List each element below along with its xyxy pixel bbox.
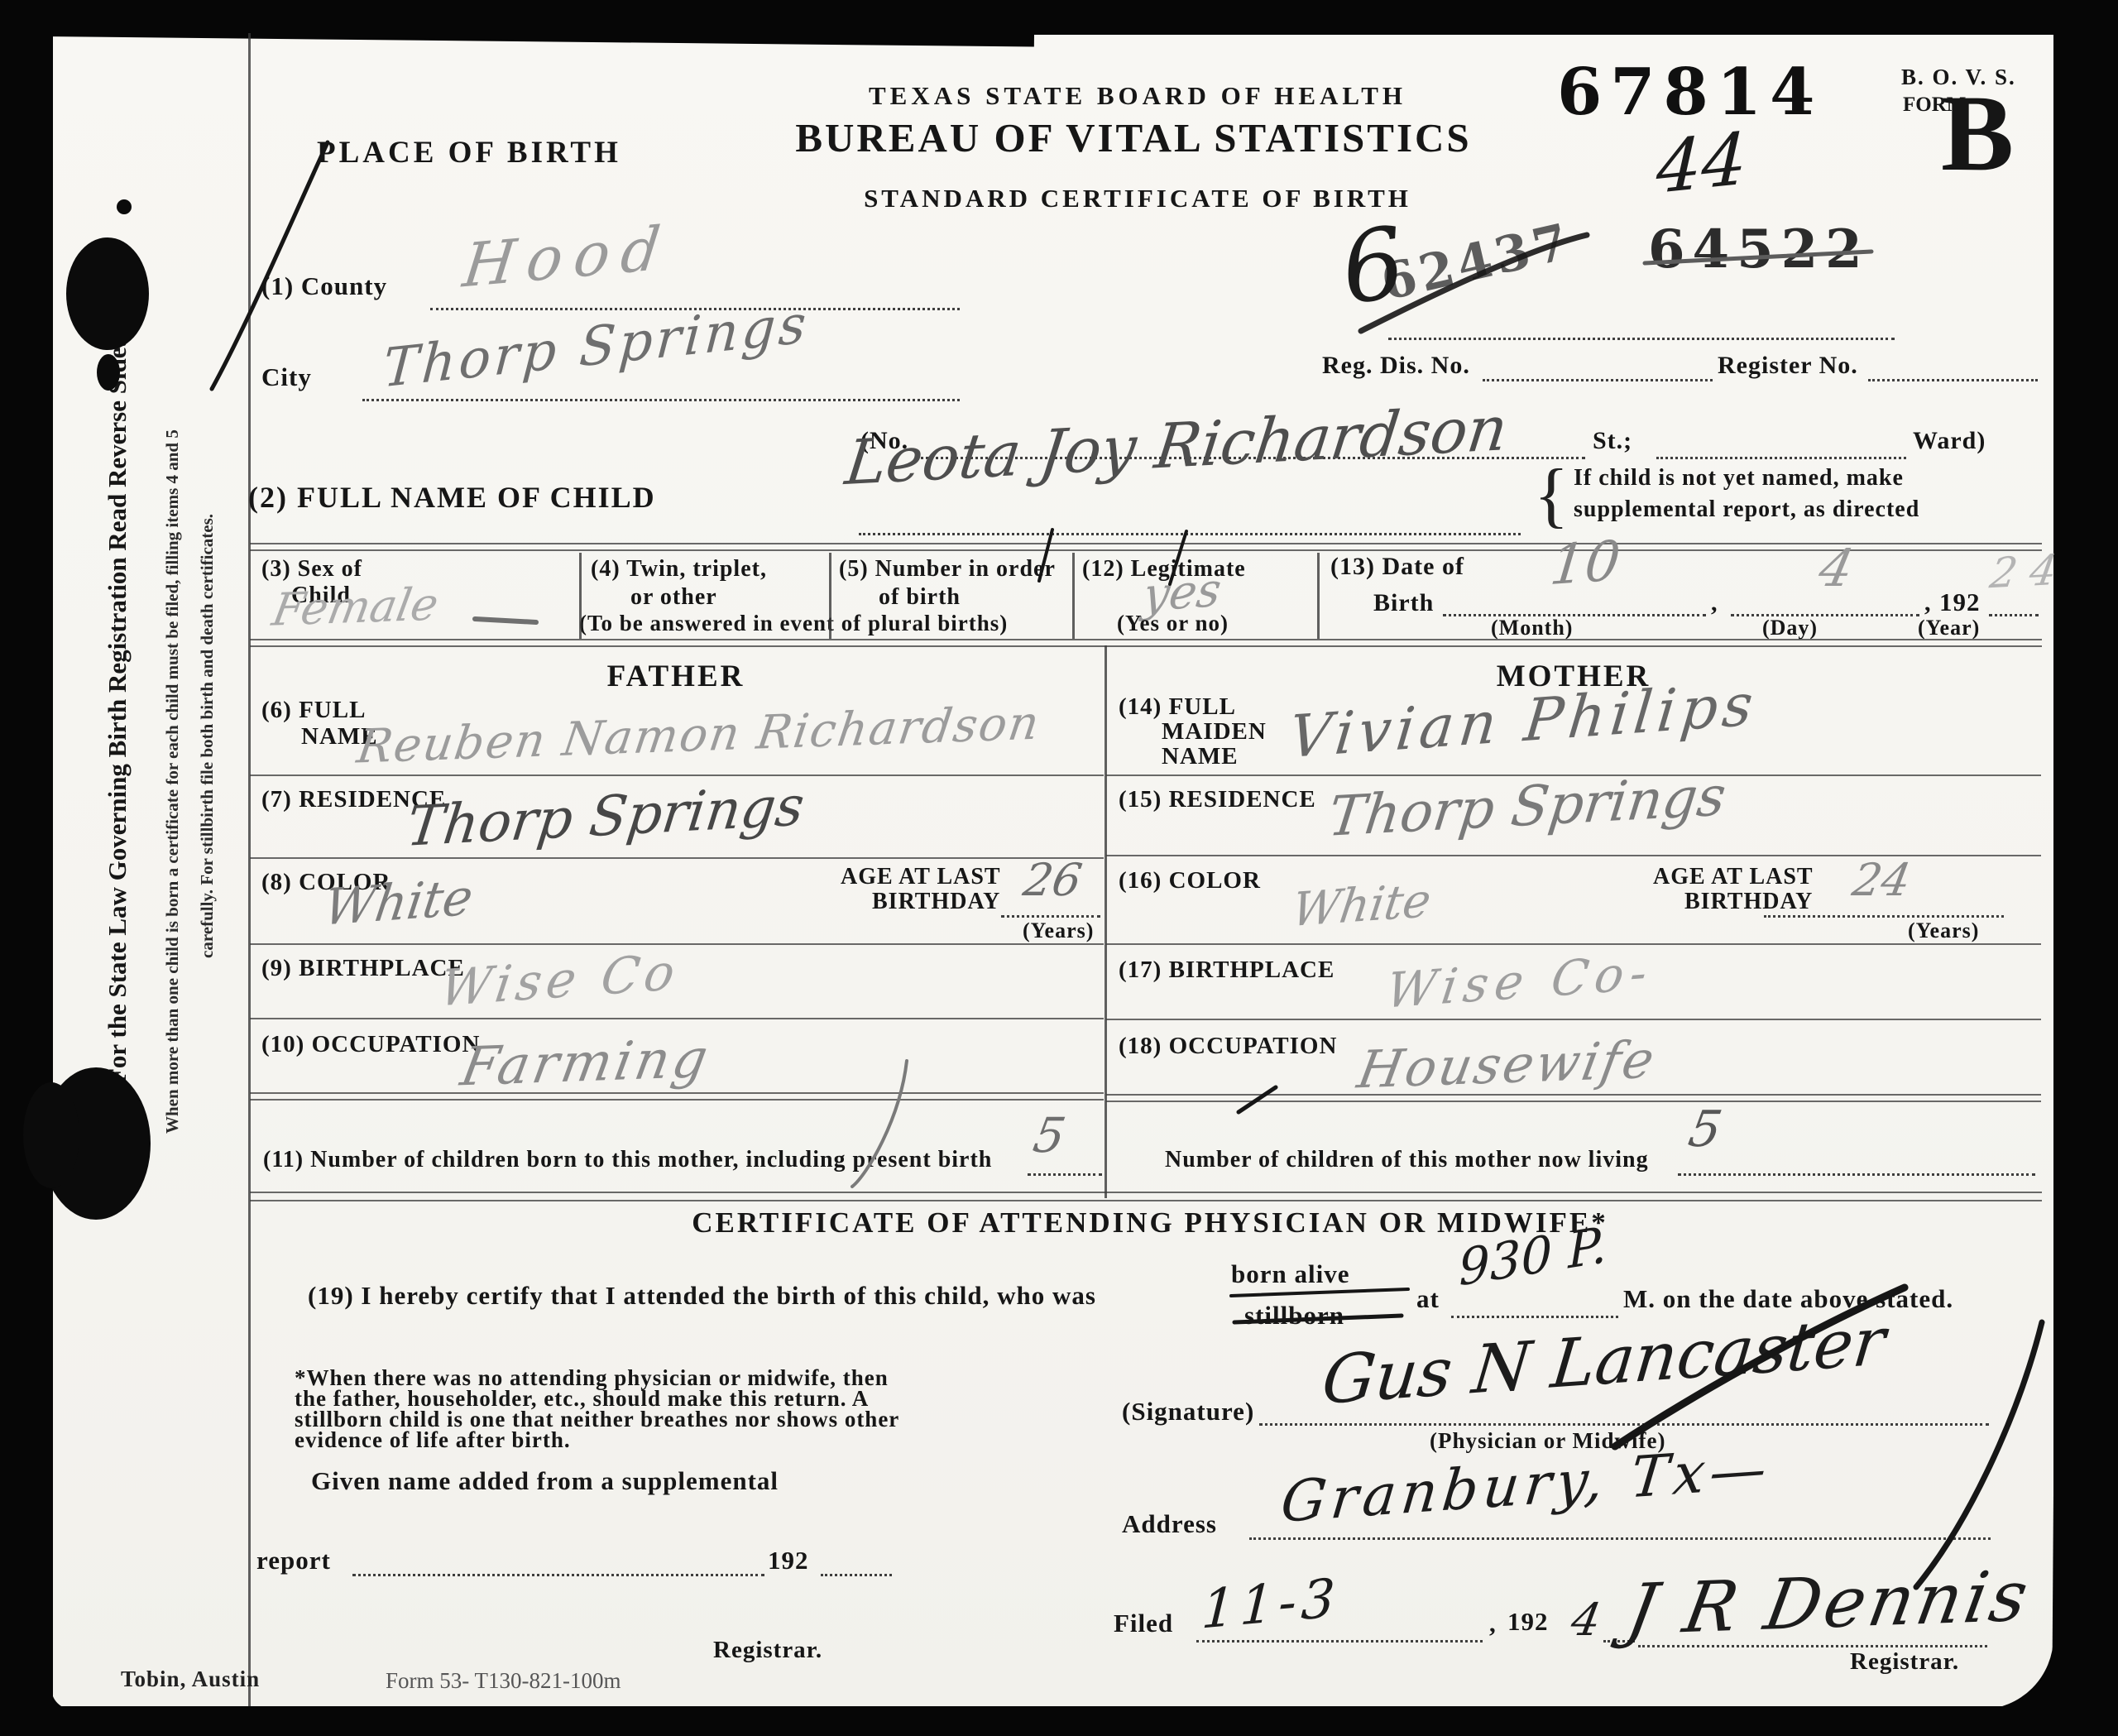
mother-name-label-1: (14) FULL [1119, 693, 1236, 721]
sidebar-note-line2: carefully. For stillbirth file both birt… [197, 396, 218, 958]
reg-dis-no-label: Reg. Dis. No. [1322, 352, 1470, 380]
cert-title: STANDARD CERTIFICATE OF BIRTH [840, 184, 1435, 213]
divider-legitimate-dob [1317, 553, 1320, 639]
register-number-stamp: 64522 [1648, 218, 1870, 281]
father-rule-1 [250, 774, 1104, 776]
order-label-1: (5) Number in order [839, 556, 1056, 583]
printer-credit: Tobin, Austin [121, 1666, 260, 1692]
father-mother-divider [1105, 645, 1107, 1198]
mother-name-label-2: MAIDEN [1162, 718, 1267, 746]
mother-age-label-2: BIRTHDAY [1684, 889, 1813, 915]
mother-rule-5b [1106, 1101, 2041, 1102]
children-living-line [1678, 1173, 2035, 1176]
sidebar-note-line1: When more than one child is born a certi… [162, 240, 183, 1134]
father-rule-5b [250, 1099, 1104, 1101]
scan-edge-right [2052, 0, 2118, 1736]
street-ward-label: Ward) [1913, 427, 1986, 455]
form-left-border [248, 33, 251, 1706]
mother-rule-4 [1106, 1019, 2041, 1020]
report-label: report [256, 1546, 331, 1575]
certify-text: (19) I hereby certify that I attended th… [308, 1281, 1096, 1311]
sex-value: Female [268, 578, 442, 635]
father-rule-4 [250, 1018, 1104, 1019]
order-label-2: of birth [879, 584, 961, 611]
mother-age-value: 24 [1848, 854, 1914, 906]
dob-year-prefix: 192 [1939, 587, 1981, 617]
time-line [1451, 1316, 1618, 1318]
brace-glyph: { [1534, 453, 1569, 537]
year-label: (Year) [1918, 616, 1980, 640]
street-st-line [1656, 457, 1906, 459]
registrar-signature: J R Dennis [1621, 1555, 2037, 1651]
street-st-label: St.; [1593, 427, 1632, 455]
mother-rule-3 [1106, 943, 2041, 945]
month-label: (Month) [1491, 616, 1573, 640]
divider-sex-twin [579, 553, 582, 639]
signature-line [1259, 1423, 1989, 1426]
dob-year-written: 2 4 [1986, 546, 2060, 598]
born-alive-label: born alive [1231, 1259, 1349, 1289]
dob-month-value: 10 [1547, 529, 1623, 598]
father-rule-5a [250, 1092, 1104, 1094]
written-number: 44 [1656, 117, 1748, 210]
father-name-label-1: (6) FULL [261, 697, 366, 724]
father-birthplace-label: (9) BIRTHPLACE [261, 955, 465, 982]
father-section-title: FATHER [250, 659, 1102, 694]
mother-rule-5a [1106, 1094, 2041, 1096]
twin-label-2: or other [630, 584, 717, 611]
register-no-line [1868, 379, 2038, 381]
mother-occupation-label: (18) OCCUPATION [1119, 1033, 1337, 1060]
rule-under-sexrow-2 [250, 645, 2042, 647]
twin-note: (To be answered in event of plural birth… [579, 611, 1008, 636]
register-no-label: Register No. [1718, 352, 1858, 380]
father-occupation-label: (10) OCCUPATION [261, 1031, 480, 1058]
filed-year-prefix: 192 [1507, 1607, 1549, 1637]
stamp-dotted-line [1388, 338, 1895, 340]
rule-under-name-1 [250, 543, 2042, 544]
report-year-line [821, 1574, 892, 1576]
scan-edge-left [0, 0, 53, 1736]
rule-under-sexrow-1 [250, 639, 2042, 640]
city-label: City [261, 362, 312, 392]
county-label: (1) County [261, 271, 387, 301]
place-of-birth-heading: PLACE OF BIRTH [317, 135, 621, 170]
children-living-label: Number of children of this mother now li… [1165, 1147, 1649, 1173]
filed-date-value: 11-3 [1200, 1567, 1341, 1641]
mother-age-line [1764, 915, 2004, 918]
footnote-line-4: evidence of life after birth. [295, 1427, 571, 1453]
father-years-label: (Years) [1023, 918, 1094, 943]
father-age-label-1: AGE AT LAST [841, 864, 1001, 890]
divider-twin-order [829, 553, 831, 639]
unnamed-note-line1: If child is not yet named, make [1574, 465, 1904, 492]
dob-comma-1: , [1711, 589, 1718, 617]
mother-color-label: (16) COLOR [1119, 867, 1261, 894]
father-age-label-2: BIRTHDAY [872, 889, 1000, 915]
given-name-note: Given name added from a supplemental [311, 1466, 779, 1496]
mother-birthplace-label: (17) BIRTHPLACE [1119, 957, 1335, 984]
dob-year-line [1989, 614, 2039, 616]
father-age-line [1001, 915, 1100, 918]
dob-label-2: Birth [1373, 589, 1434, 617]
dob-month-line [1443, 614, 1706, 616]
sidebar-law-text: For the State Law Governing Birth Regist… [103, 257, 132, 1084]
mother-color-value: White [1289, 874, 1435, 938]
rule-under-counts-2 [250, 1200, 2042, 1201]
registrar-label-right: Registrar. [1850, 1648, 1959, 1676]
signature-label: (Signature) [1122, 1397, 1254, 1427]
report-line [352, 1574, 764, 1576]
sex-label-1: (3) Sex of [261, 556, 362, 583]
scanned-birth-certificate: For the State Law Governing Birth Regist… [0, 0, 2118, 1736]
address-label: Address [1122, 1509, 1217, 1539]
children-born-line [1028, 1173, 1102, 1176]
address-line [1249, 1537, 1991, 1540]
dob-day-line [1731, 614, 1919, 616]
unnamed-note-line2: supplemental report, as directed [1574, 496, 1919, 523]
stillborn-label: stillborn [1244, 1301, 1344, 1331]
report-year-prefix: 192 [768, 1546, 809, 1575]
mother-residence-label: (15) RESIDENCE [1119, 786, 1316, 813]
father-age-value: 26 [1019, 854, 1085, 906]
mother-occupation-value: Housewife [1354, 1029, 1661, 1100]
filed-comma: , [1489, 1609, 1497, 1638]
reg-dis-no-line [1483, 379, 1713, 381]
children-born-label: (11) Number of children born to this mot… [263, 1147, 992, 1173]
dob-comma-2: , [1924, 589, 1932, 617]
mother-name-label-3: NAME [1162, 743, 1239, 770]
dob-label-1: (13) Date of [1330, 553, 1464, 581]
mother-years-label: (Years) [1908, 918, 1979, 943]
form-letter: B [1941, 70, 2014, 196]
rule-under-counts-1 [250, 1192, 2042, 1193]
bureau-title: BUREAU OF VITAL STATISTICS [736, 114, 1531, 161]
child-name-label: (2) FULL NAME OF CHILD [248, 480, 656, 515]
father-rule-2 [250, 857, 1104, 859]
father-occupation-value: Farming [457, 1029, 716, 1099]
file-number-stamp: 67814 [1557, 55, 1823, 130]
mother-age-label-1: AGE AT LAST [1653, 864, 1814, 890]
day-label: (Day) [1762, 616, 1818, 640]
scan-edge-bottom [0, 1706, 2118, 1736]
registrar-label-left: Registrar. [713, 1637, 822, 1664]
form-code: Form 53- T130-821-100m [386, 1668, 621, 1694]
rule-under-name-2 [250, 549, 2042, 551]
form-vertical-label: FORM [1903, 93, 1928, 117]
child-name-line [859, 533, 1521, 535]
board-title: TEXAS STATE BOARD OF HEALTH [840, 81, 1435, 111]
twin-label-1: (4) Twin, triplet, [591, 556, 767, 583]
father-color-value: White [320, 868, 477, 937]
divider-order-legitimate [1072, 553, 1075, 639]
legitimate-note: (Yes or no) [1117, 611, 1229, 636]
registrar-signature-line [1638, 1645, 1987, 1647]
at-label: at [1416, 1284, 1440, 1314]
filed-label: Filed [1114, 1609, 1173, 1638]
city-line [362, 399, 960, 401]
filed-line [1196, 1640, 1483, 1642]
